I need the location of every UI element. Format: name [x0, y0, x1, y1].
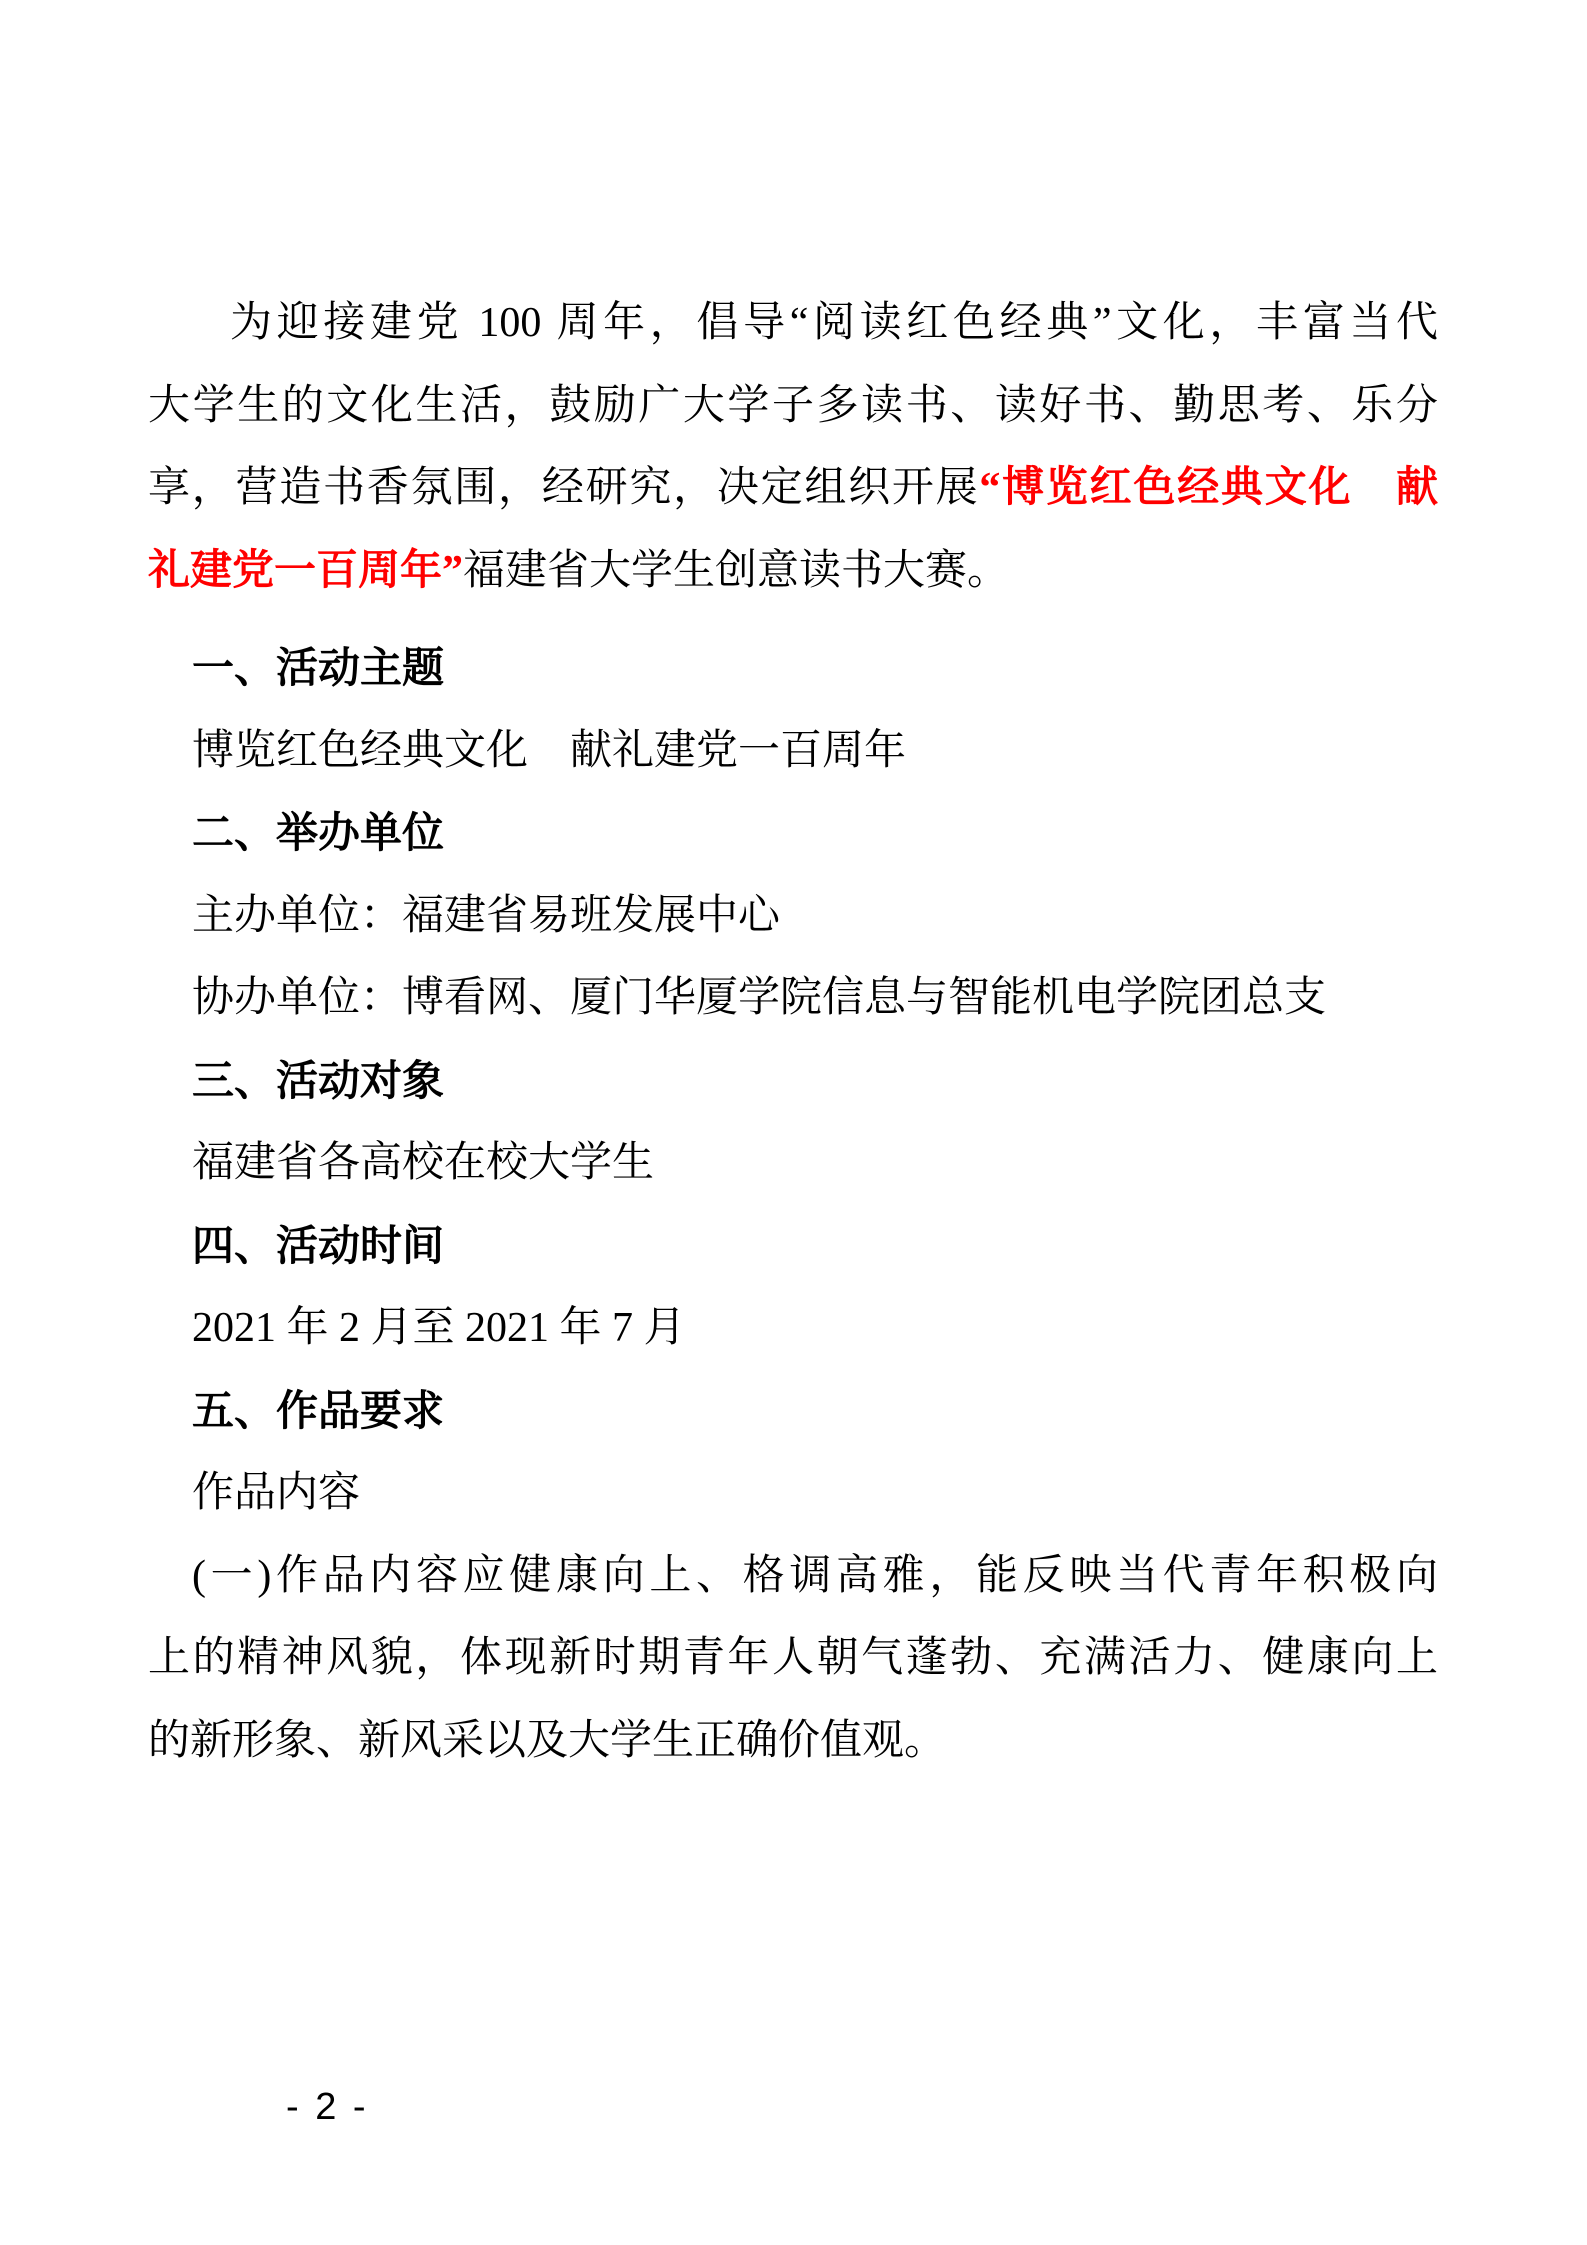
intro-line-1: 为迎接建党 100 周年，倡导“阅读红色经典”文化，丰富当代	[148, 282, 1438, 365]
intro-line-3-black-text: 享，营造书香氛围，经研究，决定组织开展	[148, 465, 979, 511]
section-heading-1: 一、活动主题	[148, 627, 1438, 710]
intro-line-4-red-text: 礼建党一百周年”	[148, 548, 463, 594]
section-5-line-4: 的新形象、新风采以及大学生正确价值观。	[148, 1700, 1438, 1783]
section-heading-5: 五、作品要求	[148, 1370, 1438, 1453]
section-3-line-1: 福建省各高校在校大学生	[148, 1122, 1438, 1205]
section-heading-2: 二、举办单位	[148, 792, 1438, 875]
intro-line-3: 享，营造书香氛围，经研究，决定组织开展“博览红色经典文化 献	[148, 447, 1438, 530]
section-5-line-3: 上的精神风貌，体现新时期青年人朝气蓬勃、充满活力、健康向上	[148, 1617, 1438, 1700]
page-number: - 2 -	[286, 2086, 369, 2129]
section-heading-4: 四、活动时间	[148, 1205, 1438, 1288]
section-2-line-1: 主办单位：福建省易班发展中心	[148, 875, 1438, 958]
document-body: 为迎接建党 100 周年，倡导“阅读红色经典”文化，丰富当代 大学生的文化生活，…	[148, 282, 1438, 1782]
section-2-line-2: 协办单位：博看网、厦门华厦学院信息与智能机电学院团总支	[148, 957, 1438, 1040]
intro-line-4-black-text: 福建省大学生创意读书大赛。	[463, 548, 1009, 594]
section-heading-3: 三、活动对象	[148, 1040, 1438, 1123]
section-5-line-1: 作品内容	[148, 1452, 1438, 1535]
section-1-line-1: 博览红色经典文化 献礼建党一百周年	[148, 710, 1438, 793]
section-4-line-1: 2021 年 2 月至 2021 年 7 月	[148, 1287, 1438, 1370]
section-5-line-2: (一)作品内容应健康向上、格调高雅，能反映当代青年积极向	[148, 1535, 1438, 1618]
document-page: 为迎接建党 100 周年，倡导“阅读红色经典”文化，丰富当代 大学生的文化生活，…	[0, 0, 1587, 2245]
intro-line-2: 大学生的文化生活，鼓励广大学子多读书、读好书、勤思考、乐分	[148, 365, 1438, 448]
intro-line-3-red-text: “博览红色经典文化 献	[979, 465, 1438, 511]
intro-line-4: 礼建党一百周年”福建省大学生创意读书大赛。	[148, 530, 1438, 613]
